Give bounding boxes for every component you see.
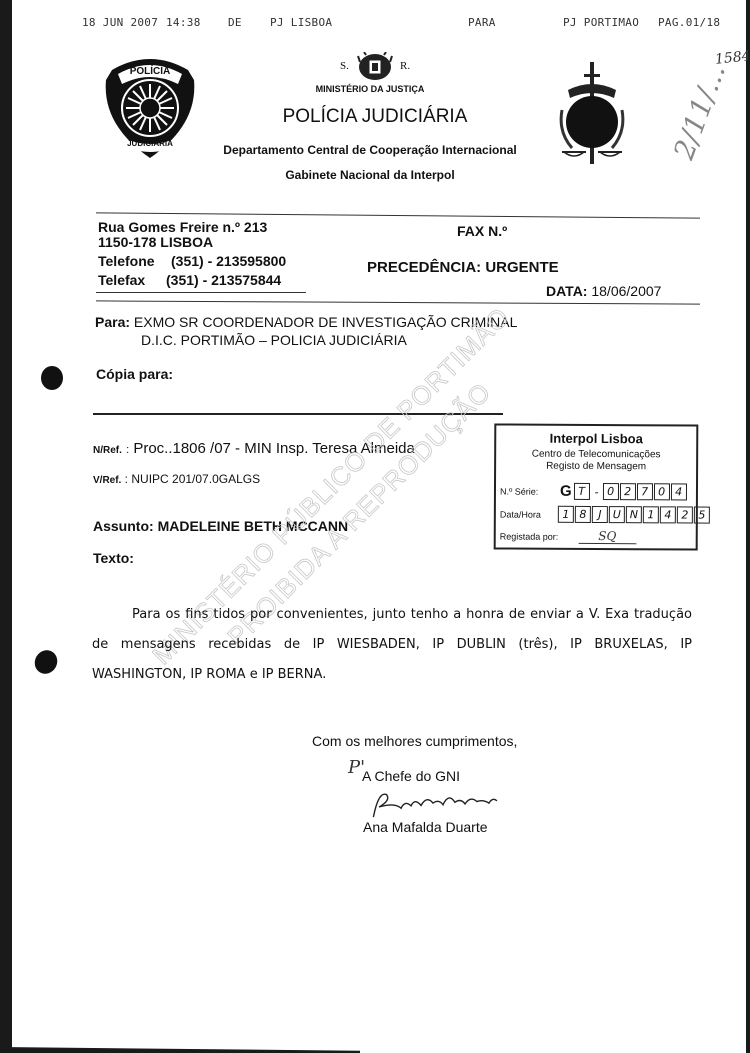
datetime-char: J (592, 506, 608, 523)
fax-number-label: FAX N.º (457, 223, 507, 239)
serie-digit: 7 (637, 483, 653, 500)
handwritten-initials: 2/11/... (667, 59, 732, 163)
stamp-subtitle: Centro de Telecomunicações Registo de Me… (496, 448, 696, 473)
date-label: DATA: (546, 283, 587, 299)
recipient-line2: D.I.C. PORTIMÃO – POLICIA JUDICIÁRIA (95, 332, 407, 348)
body-text: Para os fins tidos por convenientes, jun… (92, 607, 692, 682)
your-reference-label: V/Ref. (93, 475, 121, 486)
your-reference: V/Ref. : NUIPC 201/07.0GALGS (93, 472, 260, 486)
stamp-registered-row: Registada por: SQ (500, 528, 637, 544)
stamp-line2: Registo de Mensagem (496, 460, 696, 473)
telefax-label: Telefax (98, 273, 145, 288)
our-reference-label: N/Ref. (93, 445, 122, 456)
scan-border-right (746, 0, 750, 1053)
telefax-number: (351) - 213575844 (166, 273, 281, 288)
policia-judiciaria-badge-icon: POLÍCIA JUDICIÁRIA (102, 50, 198, 160)
street-address: Rua Gomes Freire n.º 213 (98, 220, 267, 235)
svg-text:POLÍCIA: POLÍCIA (130, 64, 171, 77)
datetime-char: 1 (643, 506, 659, 523)
divider-date (96, 300, 700, 304)
portugal-coat-of-arms-icon (356, 52, 394, 82)
text-label: Texto: (93, 550, 134, 566)
recipient-label: Para: (95, 314, 130, 330)
datetime-char: 8 (575, 506, 591, 523)
fax-to-label: PARA (468, 16, 496, 29)
serie-dash: - (595, 484, 599, 498)
scan-border-bottom (0, 1047, 360, 1053)
fax-time: 14:38 (166, 16, 201, 29)
serie-label: N.º Série: (500, 486, 544, 496)
your-reference-value: NUIPC 201/07.0GALGS (131, 472, 260, 486)
fax-from: PJ LISBOA (270, 16, 332, 29)
signatory-name: Ana Mafalda Duarte (363, 819, 488, 835)
divider-top (96, 212, 700, 218)
datetime-label: Data/Hora (500, 509, 558, 519)
fax-to: PJ PORTIMAO (563, 16, 639, 29)
closing-greeting: Com os melhores cumprimentos, (312, 733, 517, 749)
serie-digit: 0 (603, 483, 619, 500)
stamp-line1: Centro de Telecomunicações (496, 448, 696, 461)
punch-hole-top (41, 366, 63, 390)
organization-title: POLÍCIA JUDICIÁRIA (260, 106, 490, 128)
document-date: DATA: 18/06/2007 (546, 283, 661, 299)
serie-digit: 4 (671, 483, 687, 500)
datetime-char: U (609, 506, 625, 523)
datetime-char: N (626, 506, 642, 523)
crest-right-letter: R. (400, 60, 410, 72)
serie-digit: 2 (620, 483, 636, 500)
serie-prefix: G (560, 483, 572, 500)
registered-label: Registada por: (500, 531, 559, 541)
precedence: PRECEDÊNCIA: URGENTE (367, 259, 559, 276)
datetime-char: 2 (677, 506, 693, 523)
interpol-registration-stamp: Interpol Lisboa Centro de Telecomunicaçõ… (494, 423, 699, 550)
serie-box: T (574, 483, 590, 500)
datetime-char: 5 (694, 507, 710, 524)
subject-label: Assunto: (93, 518, 154, 534)
divider-address (96, 292, 306, 293)
handwritten-number: 1584 (714, 48, 750, 68)
phone-label: Telefone (98, 254, 155, 269)
serie-digit: 0 (654, 483, 670, 500)
date-value: 18/06/2007 (591, 283, 661, 299)
fax-date: 18 JUN 2007 (82, 16, 158, 29)
phone-number: (351) - 213595800 (171, 254, 286, 269)
svg-text:JUDICIÁRIA: JUDICIÁRIA (127, 139, 173, 148)
body-paragraph: Para os fins tidos por convenientes, jun… (92, 600, 692, 690)
stamp-datetime-row: Data/Hora 1 8 J U N 1 4 2 5 (500, 505, 711, 523)
office-name: Gabinete Nacional da Interpol (240, 168, 500, 182)
copy-to-label: Cópia para: (96, 366, 173, 382)
department-name: Departamento Central de Cooperação Inter… (200, 143, 540, 157)
fax-from-label: DE (228, 16, 242, 29)
stamp-title: Interpol Lisboa (496, 430, 696, 446)
scan-border-left (0, 0, 12, 1053)
punch-hole-bottom (30, 646, 61, 678)
signatory-role: A Chefe do GNI (362, 768, 460, 784)
stamp-serie-row: N.º Série: G T - 0 2 7 0 4 (500, 482, 688, 500)
datetime-char: 4 (660, 506, 676, 523)
registered-by: SQ (578, 529, 636, 544)
datetime-char: 1 (558, 506, 574, 523)
ministry-name: MINISTÉRIO DA JUSTIÇA (290, 84, 450, 94)
crest-left-letter: S. (340, 60, 349, 72)
interpol-emblem-icon (556, 60, 628, 168)
city-address: 1150-178 LISBOA (98, 235, 213, 250)
fax-page: PAG.01/18 (658, 16, 720, 29)
